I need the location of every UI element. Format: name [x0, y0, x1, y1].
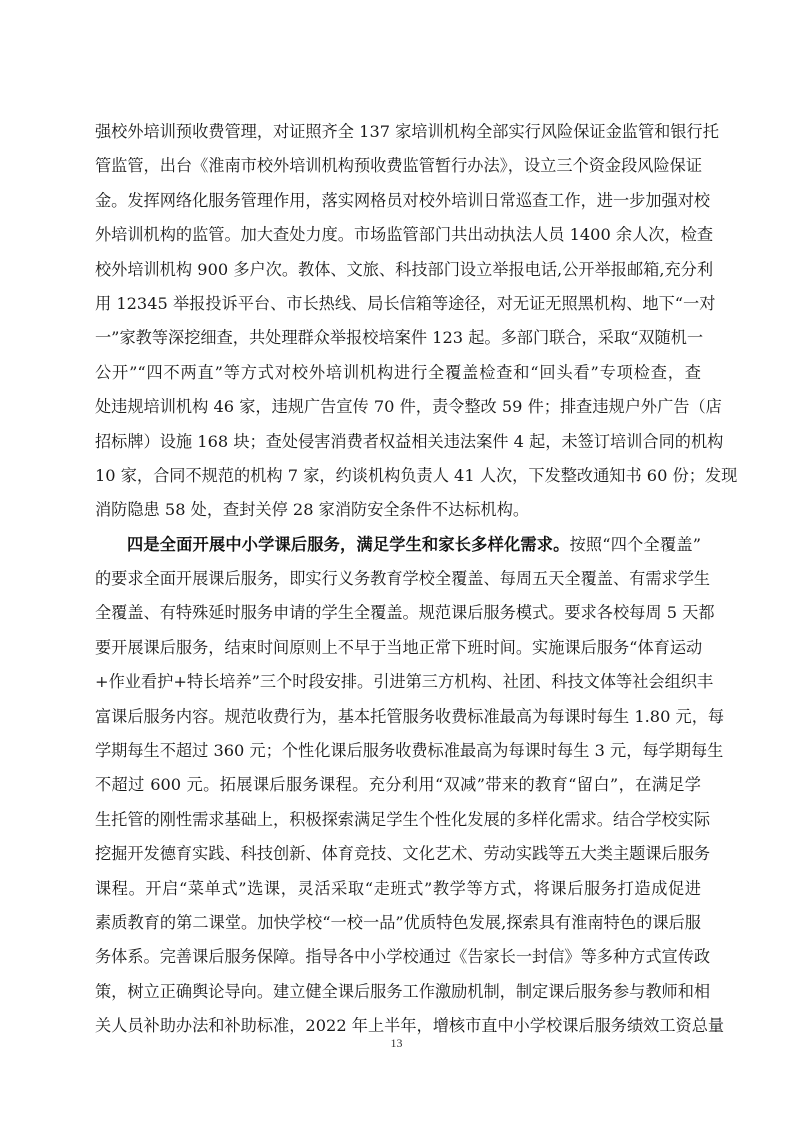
text-line: 强校外培训预收费管理，对证照齐全 137 家培训机构全部实行风险保证金监管和银行…: [95, 115, 701, 149]
text-line: 策，树立正确舆论导向。建立健全课后服务工作激励机制，制定课后服务参与教师和相: [95, 975, 701, 1009]
paragraph-lead-heading: 四是全面开展中小学课后服务，满足学生和家长多样化需求。: [127, 535, 570, 554]
text-line: 要开展课后服务，结束时间原则上不早于当地正常下班时间。实施课后服务“体育运动: [95, 631, 701, 665]
text-line: 学期每生不超过 360 元；个性化课后服务收费标准最高为每课时每生 3 元，每学…: [95, 734, 701, 768]
paragraph-regulation: 强校外培训预收费管理，对证照齐全 137 家培训机构全部实行风险保证金监管和银行…: [95, 115, 701, 528]
text-line: 外培训机构的监管。加大查处力度。市场监管部门共出动执法人员 1400 余人次，检…: [95, 218, 701, 252]
text-line: 管监管，出台《淮南市校外培训机构预收费监管暂行办法》，设立三个资金段风险保证: [95, 149, 701, 183]
page-number: 13: [0, 1036, 793, 1051]
text-line: 消防隐患 58 处，查封关停 28 家消防安全条件不达标机构。: [95, 493, 701, 527]
text-line: 10 家，合同不规范的机构 7 家，约谈机构负责人 41 人次，下发整改通知书 …: [95, 459, 701, 493]
document-page: 强校外培训预收费管理，对证照齐全 137 家培训机构全部实行风险保证金监管和银行…: [95, 115, 701, 1044]
text-line: 生托管的刚性需求基础上，积极探索满足学生个性化发展的多样化需求。结合学校实际: [95, 803, 701, 837]
text-line: 校外培训机构 900 多户次。教体、文旅、科技部门设立举报电话,公开举报邮箱,充…: [95, 253, 701, 287]
text-line: 公开”“四不两直”等方式对校外培训机构进行全覆盖检查和“回头看”专项检查，查: [95, 356, 701, 390]
text-line: 全覆盖、有特殊延时服务申请的学生全覆盖。规范课后服务模式。要求各校每周 5 天都: [95, 596, 701, 630]
text-line: 招标牌）设施 168 块；查处侵害消费者权益相关违法案件 4 起，未签订培训合同…: [95, 425, 701, 459]
text-line: 素质教育的第二课堂。加快学校“一校一品”优质特色发展,探索具有淮南特色的课后服: [95, 906, 701, 940]
text-line: 用 12345 举报投诉平台、市长热线、局长信箱等途径，对无证无照黑机构、地下“…: [95, 287, 701, 321]
text-line: 挖掘开发德育实践、科技创新、体育竞技、文化艺术、劳动实践等五大类主题课后服务: [95, 837, 701, 871]
text-line: 务体系。完善课后服务保障。指导各中小学校通过《告家长一封信》等多种方式宣传政: [95, 940, 701, 974]
text-line-first: 四是全面开展中小学课后服务，满足学生和家长多样化需求。按照“四个全覆盖”: [95, 528, 701, 562]
text-line: 不超过 600 元。拓展课后服务课程。充分利用“双减”带来的教育“留白”，在满足…: [95, 768, 701, 802]
text-line: 的要求全面开展课后服务，即实行义务教育学校全覆盖、每周五天全覆盖、有需求学生: [95, 562, 701, 596]
lead-continuation: 按照“四个全覆盖”: [570, 535, 701, 554]
text-line: 一”家教等深挖细查，共处理群众举报校培案件 123 起。多部门联合，采取“双随机…: [95, 321, 701, 355]
paragraph-after-school-service: 四是全面开展中小学课后服务，满足学生和家长多样化需求。按照“四个全覆盖” 的要求…: [95, 528, 701, 1044]
text-line: 课程。开启“菜单式”选课，灵活采取“走班式”教学等方式，将课后服务打造成促进: [95, 872, 701, 906]
text-line: 处违规培训机构 46 家，违规广告宣传 70 件，责令整改 59 件；排查违规户…: [95, 390, 701, 424]
text-line: 金。发挥网络化服务管理作用，落实网格员对校外培训日常巡查工作，进一步加强对校: [95, 184, 701, 218]
text-line: 富课后服务内容。规范收费行为，基本托管服务收费标准最高为每课时每生 1.80 元…: [95, 700, 701, 734]
text-line: +作业看护+特长培养”三个时段安排。引进第三方机构、社团、科技文体等社会组织丰: [95, 665, 701, 699]
